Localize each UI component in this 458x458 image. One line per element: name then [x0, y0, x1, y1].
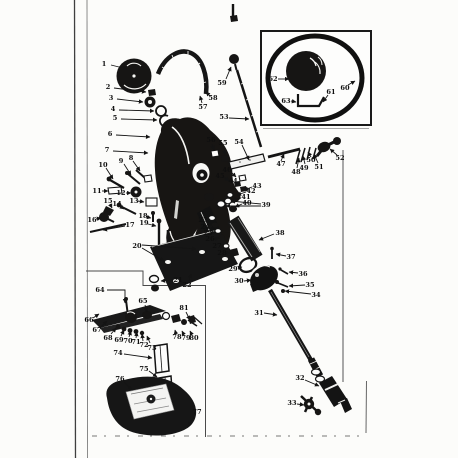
washer-21 [150, 276, 159, 283]
callout-label-15: 15 [103, 197, 113, 205]
stop-rod [237, 70, 261, 147]
callout-label-51: 51 [314, 163, 323, 171]
pin-37-head [270, 247, 274, 251]
pin-36-head [278, 267, 281, 270]
callout-label-44: 44 [228, 177, 238, 185]
callout-leader-7 [113, 151, 148, 153]
bolt-68 [116, 325, 121, 330]
callout-leader-30 [244, 280, 251, 281]
nut-55 [221, 155, 229, 162]
callout-leader-64 [107, 290, 125, 303]
nut-21 [151, 285, 159, 292]
plate-hole [199, 250, 205, 254]
callout-leader-13 [138, 201, 144, 202]
retaining-ring [156, 106, 166, 116]
screw-35 [278, 283, 288, 287]
callout-label-9: 9 [119, 157, 124, 165]
callout-label-57: 57 [198, 103, 208, 111]
callout-leader-49 [303, 156, 305, 164]
callout-label-76: 76 [115, 375, 125, 383]
callout-leader-57 [200, 96, 202, 103]
spindle-nut [148, 89, 156, 96]
stop-knob [229, 54, 239, 64]
callout-label-38: 38 [275, 229, 285, 237]
parts-diagram-page: 1234567891011121314151617181920212223242… [0, 0, 458, 458]
callout-label-33: 33 [287, 399, 297, 407]
collar-65 [142, 311, 152, 319]
bolt-70 [128, 328, 133, 333]
callout-leader-66 [93, 314, 99, 318]
callout-label-7: 7 [105, 146, 110, 154]
chuck-key-center [308, 403, 311, 406]
callout-leader-40 [235, 204, 242, 207]
callout-label-80: 80 [189, 334, 199, 342]
callout-label-66: 66 [84, 316, 94, 324]
stop-knob-stem [235, 64, 237, 70]
pin-36 [281, 270, 288, 274]
callout-label-74: 74 [113, 349, 123, 357]
callout-leader-33 [297, 404, 304, 405]
callout-label-2: 2 [106, 83, 111, 91]
callout-leader-29 [238, 267, 242, 268]
callout-label-1: 1 [102, 60, 107, 68]
callout-label-30: 30 [234, 277, 244, 285]
callout-label-60: 60 [340, 84, 350, 92]
callout-leader-19 [148, 224, 156, 226]
callout-label-73: 73 [147, 344, 157, 352]
callout-leader-72 [142, 334, 143, 341]
callout-leader-6 [116, 135, 150, 137]
callout-label-49: 49 [299, 164, 309, 172]
callout-label-21: 21 [173, 276, 182, 284]
callout-label-68: 68 [103, 334, 113, 342]
callout-label-11: 11 [92, 187, 101, 195]
top-screw-head [230, 15, 238, 22]
callout-leader-4 [119, 110, 154, 111]
callout-leader-31 [264, 313, 277, 315]
callout-label-36: 36 [298, 270, 308, 278]
callout-label-16: 16 [87, 216, 97, 224]
left-page-line [75, 0, 76, 458]
callout-label-19: 19 [139, 219, 149, 227]
pinion-center [200, 173, 204, 177]
wing-knob-stem [108, 219, 114, 222]
plate-hole [165, 260, 171, 264]
ring-part [163, 313, 170, 320]
nameplate-emblem-dot [150, 398, 152, 400]
callout-label-22: 22 [182, 281, 191, 289]
spacer-56 [211, 150, 219, 157]
callout-label-37: 37 [286, 253, 296, 261]
callout-label-47: 47 [276, 160, 286, 168]
callout-label-81: 81 [179, 304, 188, 312]
callout-label-20: 20 [132, 242, 142, 250]
callout-label-75: 75 [139, 365, 149, 373]
callout-label-31: 31 [254, 309, 263, 317]
right-lower-line [366, 381, 367, 433]
callout-label-62: 62 [268, 75, 277, 83]
callout-label-53: 53 [219, 113, 229, 121]
washer-23 [209, 216, 216, 221]
callout-label-67: 67 [92, 326, 102, 334]
bracket-81 [188, 315, 196, 324]
pin-19-head [157, 219, 162, 224]
collar-39a [204, 193, 214, 201]
callout-label-17: 17 [125, 221, 135, 229]
rod-17 [90, 224, 126, 232]
callout-leader-34 [285, 291, 311, 294]
ring-42 [227, 193, 233, 198]
washer-26 [218, 235, 224, 240]
callout-label-3: 3 [109, 94, 114, 102]
shaft-speckle [249, 159, 251, 161]
handle-ball [333, 137, 341, 145]
screw-10-head [107, 177, 112, 182]
bearing-bore [148, 100, 152, 104]
sleeve-part [171, 314, 181, 323]
depth-stop-rod [229, 4, 261, 147]
knob-12-center [135, 191, 138, 194]
handle-rod-47 [268, 149, 300, 157]
bolt-64 [126, 300, 128, 312]
ring-39b [217, 201, 225, 207]
callout-label-29: 29 [228, 265, 238, 273]
nut-part [181, 319, 187, 325]
callout-label-46: 46 [222, 166, 232, 174]
callout-label-14: 14 [112, 200, 122, 208]
washer-25 [215, 229, 221, 234]
callout-label-13: 13 [129, 197, 139, 205]
callout-label-34: 34 [311, 291, 321, 299]
callout-label-55: 55 [218, 139, 228, 147]
handle-stub [317, 151, 321, 156]
spindle-washer [312, 369, 321, 375]
callout-label-32: 32 [295, 374, 304, 382]
bushing-8 [144, 175, 152, 182]
callout-label-59: 59 [217, 79, 227, 87]
callout-leader-3 [117, 99, 143, 102]
pulley-center [132, 74, 135, 77]
screw-35-head [275, 280, 279, 284]
callout-leader-38 [259, 234, 274, 240]
callout-label-35: 35 [305, 281, 315, 289]
hub-highlight-dot [255, 273, 259, 277]
ring-40 [225, 198, 232, 204]
callout-label-54: 54 [234, 138, 244, 146]
cap-46 [239, 175, 246, 181]
callout-leader-36 [289, 272, 298, 273]
handle-arm [328, 142, 334, 145]
washer-24 [212, 223, 219, 228]
callout-label-52: 52 [335, 154, 344, 162]
callout-leader-53 [229, 118, 249, 119]
callout-leader-59 [226, 67, 231, 79]
callout-label-6: 6 [108, 130, 113, 138]
callout-label-65: 65 [138, 297, 148, 305]
shaft-speckle [239, 161, 241, 163]
callout-leader-35 [289, 285, 305, 286]
callout-leader-81 [186, 312, 190, 320]
callout-label-4: 4 [111, 105, 116, 113]
v-belt-arc [158, 52, 206, 94]
block-13 [146, 198, 157, 206]
callout-leader-5 [121, 119, 157, 120]
callout-leader-69 [121, 330, 124, 336]
pin-18-head [151, 211, 155, 215]
screw-14 [120, 206, 136, 214]
callout-label-10: 10 [98, 161, 108, 169]
chuck-nose [340, 398, 352, 413]
callout-label-39: 39 [261, 201, 271, 209]
callout-label-28: 28 [217, 249, 227, 257]
plate-hole [222, 257, 228, 261]
callout-label-58: 58 [208, 94, 218, 102]
callout-label-63: 63 [281, 97, 291, 105]
callout-label-61: 61 [326, 88, 335, 96]
chuck-key-gear [315, 409, 321, 415]
callout-label-43: 43 [252, 182, 262, 190]
clamp-knob [125, 311, 137, 323]
wing-knob-16 [99, 212, 109, 222]
bolt-71 [134, 329, 139, 334]
callout-label-56: 56 [206, 136, 216, 144]
parts-diagram: 1234567891011121314151617181920212223242… [0, 0, 458, 458]
left-inner-line [87, 0, 88, 458]
callout-label-5: 5 [113, 114, 118, 122]
screw-9 [128, 174, 140, 184]
callout-label-77: 77 [192, 408, 202, 416]
tip-34 [281, 289, 285, 293]
spindle-highlight [271, 292, 309, 357]
v-belt [158, 51, 206, 94]
callout-leader-18 [147, 217, 151, 218]
callout-label-8: 8 [129, 154, 134, 162]
callout-label-64: 64 [95, 286, 105, 294]
callout-leader-74 [124, 354, 152, 358]
callout-leader-37 [276, 254, 286, 256]
callout-label-12: 12 [116, 189, 125, 197]
